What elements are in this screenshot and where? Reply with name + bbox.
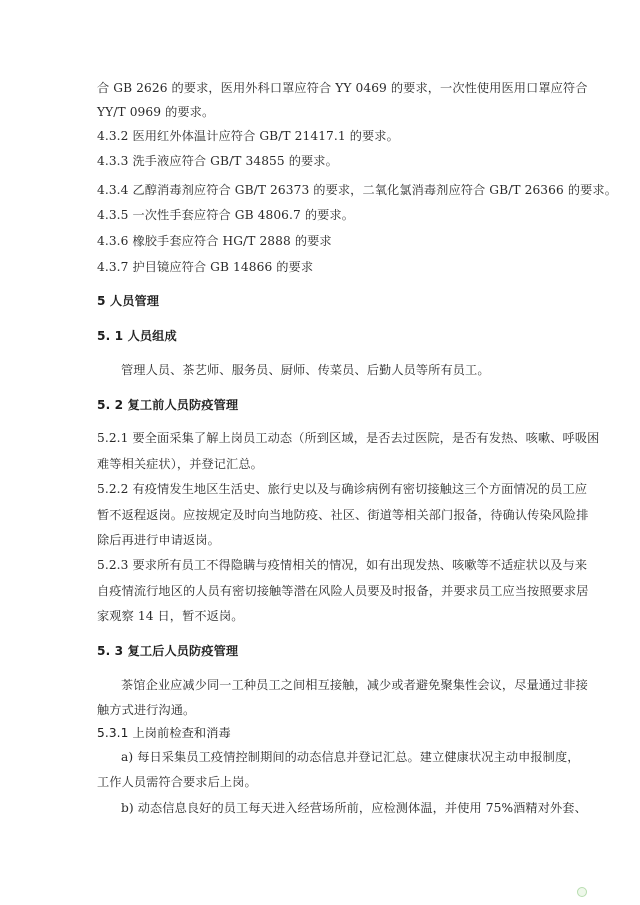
clause-5-3-1-a-line: a) 每日采集员工疫情控制期间的动态信息并登记汇总。建立健康状况主动申报制度， <box>121 749 591 765</box>
section-5-2-heading: 5. 2 复工前人员防疫管理 <box>97 397 567 413</box>
clause-5-2-1-line: 5.2.1 要全面采集了解上岗员工动态（所到区域，是否去过医院，是否有发热、咳嗽… <box>97 430 567 446</box>
clause-5-2-2-line: 5.2.2 有疫情发生地区生活史、旅行史以及与确诊病例有密切接触这三个方面情况的… <box>97 481 567 497</box>
clause-5-2-3-line: 家观察 14 日，暂不返岗。 <box>97 608 567 624</box>
text-line: 合 GB 2626 的要求，医用外科口罩应符合 YY 0469 的要求，一次性使… <box>97 80 567 96</box>
clause-5-2-3-line: 自疫情流行地区的人员有密切接触等潜在风险人员要及时报备，并要求员工应当按照要求居 <box>97 583 567 599</box>
clause-4-3-7: 4.3.7 护目镜应符合 GB 14866 的要求 <box>97 259 567 275</box>
document-page: 合 GB 2626 的要求，医用外科口罩应符合 YY 0469 的要求，一次性使… <box>0 0 640 905</box>
section-5-3-body-line: 茶馆企业应减少同一工种员工之间相互接触，减少或者避免聚集性会议，尽量通过非接 <box>121 677 591 693</box>
clause-5-2-2-line: 除后再进行申请返岗。 <box>97 532 567 548</box>
section-5-1-body: 管理人员、茶艺师、服务员、厨师、传菜员、后勤人员等所有员工。 <box>121 362 591 378</box>
text-line: YY/T 0969 的要求。 <box>97 104 567 120</box>
clause-5-3-1-heading: 5.3.1 上岗前检查和消毒 <box>97 725 567 741</box>
clause-4-3-6: 4.3.6 橡胶手套应符合 HG/T 2888 的要求 <box>97 233 567 249</box>
clause-4-3-2: 4.3.2 医用红外体温计应符合 GB/T 21417.1 的要求。 <box>97 128 567 144</box>
clause-4-3-5: 4.3.5 一次性手套应符合 GB 4806.7 的要求。 <box>97 207 567 223</box>
clause-5-2-3-line: 5.2.3 要求所有员工不得隐瞒与疫情相关的情况，如有出现发热、咳嗽等不适症状以… <box>97 557 567 573</box>
watermark-dot-icon <box>577 887 587 897</box>
section-5-1-heading: 5. 1 人员组成 <box>97 328 567 344</box>
clause-5-3-1-a-line: 工作人员需符合要求后上岗。 <box>97 774 567 790</box>
clause-4-3-4: 4.3.4 乙醇消毒剂应符合 GB/T 26373 的要求，二氧化氯消毒剂应符合… <box>97 182 567 198</box>
section-5-3-body-line: 触方式进行沟通。 <box>97 702 567 718</box>
section-5-heading: 5 人员管理 <box>97 293 567 309</box>
clause-4-3-3: 4.3.3 洗手液应符合 GB/T 34855 的要求。 <box>97 153 567 169</box>
clause-5-3-1-b-line: b) 动态信息良好的员工每天进入经营场所前，应检测体温，并使用 75%酒精对外套… <box>121 800 591 816</box>
clause-5-2-2-line: 暂不返程返岗。应按规定及时向当地防疫、社区、街道等相关部门报备，待确认传染风险排 <box>97 507 567 523</box>
clause-5-2-1-line: 难等相关症状），并登记汇总。 <box>97 456 567 472</box>
section-5-3-heading: 5. 3 复工后人员防疫管理 <box>97 643 567 659</box>
